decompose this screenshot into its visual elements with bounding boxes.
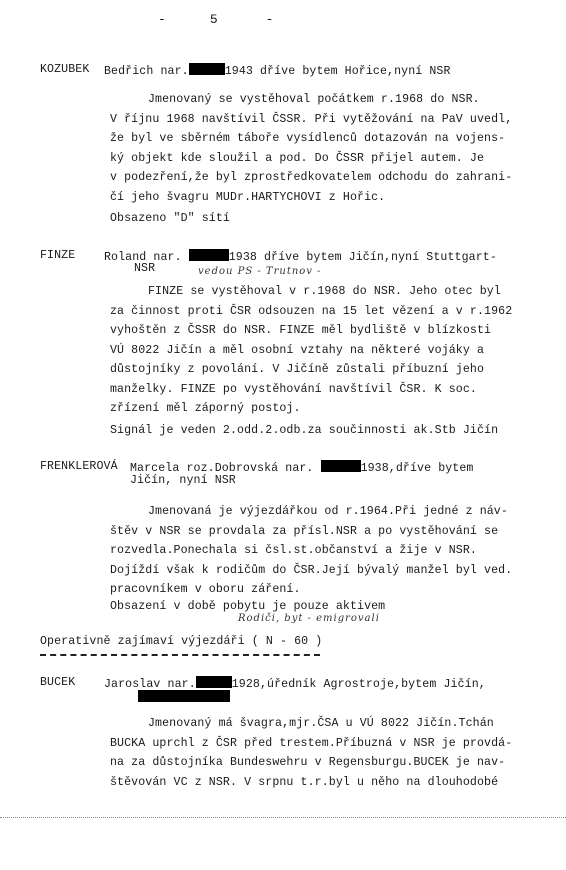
entry-header-line2: Jičín, nyní NSR xyxy=(130,474,236,487)
paragraph-line: V říjnu 1968 navštívil ČSSR. Při vytěžov… xyxy=(110,110,512,130)
header-dash-left: - xyxy=(158,12,166,27)
paragraph-line: za činnost proti ČSR odsouzen na 15 let … xyxy=(110,302,512,322)
paragraph-line: zřízení měl záporný postoj. xyxy=(110,399,512,419)
paragraph-line: BUCKA uprchl z ČSR před trestem.Příbuzná… xyxy=(110,734,512,754)
paragraph-line: manželky. FINZE po vystěhování navštívil… xyxy=(110,380,512,400)
entry-header-line2: NSR xyxy=(134,262,155,275)
entry-surname: FRENKLEROVÁ xyxy=(40,460,118,473)
redaction-block xyxy=(189,249,229,261)
entry-paragraph: Jmenovaný má švagra,mjr.ČSA u VÚ 8022 Ji… xyxy=(110,714,512,792)
redaction-block xyxy=(189,63,225,75)
entry-header: Marcela roz.Dobrovská nar. 1938,dříve by… xyxy=(130,460,473,475)
paragraph-line: Jmenovaná je výjezdářkou od r.1964.Při j… xyxy=(110,502,512,522)
paragraph-line: štěvován VC z NSR. V srpnu t.r.byl u něh… xyxy=(110,773,512,793)
entry-header: Bedřich nar.1943 dříve bytem Hořice,nyní… xyxy=(104,63,451,78)
paragraph-line: čí jeho švagru MUDr.HARTYCHOVI z Hořic. xyxy=(110,188,512,208)
paragraph-line: Jmenovaný má švagra,mjr.ČSA u VÚ 8022 Ji… xyxy=(110,714,512,734)
entry-header-text: Bedřich nar. xyxy=(104,65,189,78)
entry-surname: KOZUBEK xyxy=(40,63,89,76)
entry-header-text: 1928,úředník Agrostroje,bytem Jičín, xyxy=(232,678,486,691)
entry-header-text: 1938 dříve bytem Jičín,nyní Stuttgart- xyxy=(229,251,497,264)
paragraph-line: FINZE se vystěhoval v r.1968 do NSR. Jeh… xyxy=(110,282,512,302)
paragraph-line: VÚ 8022 Jičín a měl osobní vztahy na něk… xyxy=(110,341,512,361)
handwritten-annotation: vedou PS - Trutnov - xyxy=(198,266,322,277)
section-underline xyxy=(40,654,320,656)
entry-paragraph: Jmenovaná je výjezdářkou od r.1964.Při j… xyxy=(110,502,512,600)
entry-surname: FINZE xyxy=(40,249,75,262)
paragraph-line: v podezření,že byl zprostředkovatelem od… xyxy=(110,168,512,188)
paragraph-line: štěv v NSR se provdala za přísl.NSR a po… xyxy=(110,522,512,542)
entry-header: Roland nar. 1938 dříve bytem Jičín,nyní … xyxy=(104,249,497,264)
paragraph-line: pracovníkem v oboru záření. xyxy=(110,580,512,600)
entry-paragraph: Jmenovaný se vystěhoval počátkem r.1968 … xyxy=(110,90,512,207)
entry-header: Jaroslav nar.1928,úředník Agrostroje,byt… xyxy=(104,676,486,691)
redaction-block xyxy=(321,460,361,472)
page-number-header: - 5 - xyxy=(158,12,274,27)
page-number: 5 xyxy=(210,12,218,27)
redaction-block xyxy=(196,676,232,688)
header-dash-right: - xyxy=(266,12,274,27)
entry-header-text: 1938,dříve bytem xyxy=(361,462,474,475)
paragraph-line: důstojníky z povolání. V Jičíně zůstali … xyxy=(110,360,512,380)
entry-note: Obsazeno "D" sítí xyxy=(110,212,230,225)
paragraph-line: ký objekt kde sloužil a pod. Do ČSSR při… xyxy=(110,149,512,169)
redaction-block xyxy=(138,690,230,702)
entry-surname: BUCEK xyxy=(40,676,75,689)
paragraph-line: Jmenovaný se vystěhoval počátkem r.1968 … xyxy=(110,90,512,110)
section-heading: Operativně zajímaví výjezdáři ( N - 60 ) xyxy=(40,635,322,648)
scan-artifact-dotted-line xyxy=(0,817,566,818)
entry-note: Signál je veden 2.odd.2.odb.za součinnos… xyxy=(110,424,498,437)
entry-header-text: 1943 dříve bytem Hořice,nyní NSR xyxy=(225,65,451,78)
paragraph-line: že byl ve sběrném táboře vysídlenců dota… xyxy=(110,129,512,149)
paragraph-line: vyhoštěn z ČSSR do NSR. FINZE měl bydliš… xyxy=(110,321,512,341)
handwritten-annotation: Rodiči, byt - emigrovali xyxy=(238,613,380,624)
paragraph-line: Dojíždí však k rodičům do ČSR.Její býval… xyxy=(110,561,512,581)
entry-paragraph: FINZE se vystěhoval v r.1968 do NSR. Jeh… xyxy=(110,282,512,419)
entry-note: Obsazení v době pobytu je pouze aktivem xyxy=(110,600,385,613)
paragraph-line: rozvedla.Ponechala si čsl.st.občanství a… xyxy=(110,541,512,561)
paragraph-line: na za důstojníka Bundeswehru v Regensbur… xyxy=(110,753,512,773)
